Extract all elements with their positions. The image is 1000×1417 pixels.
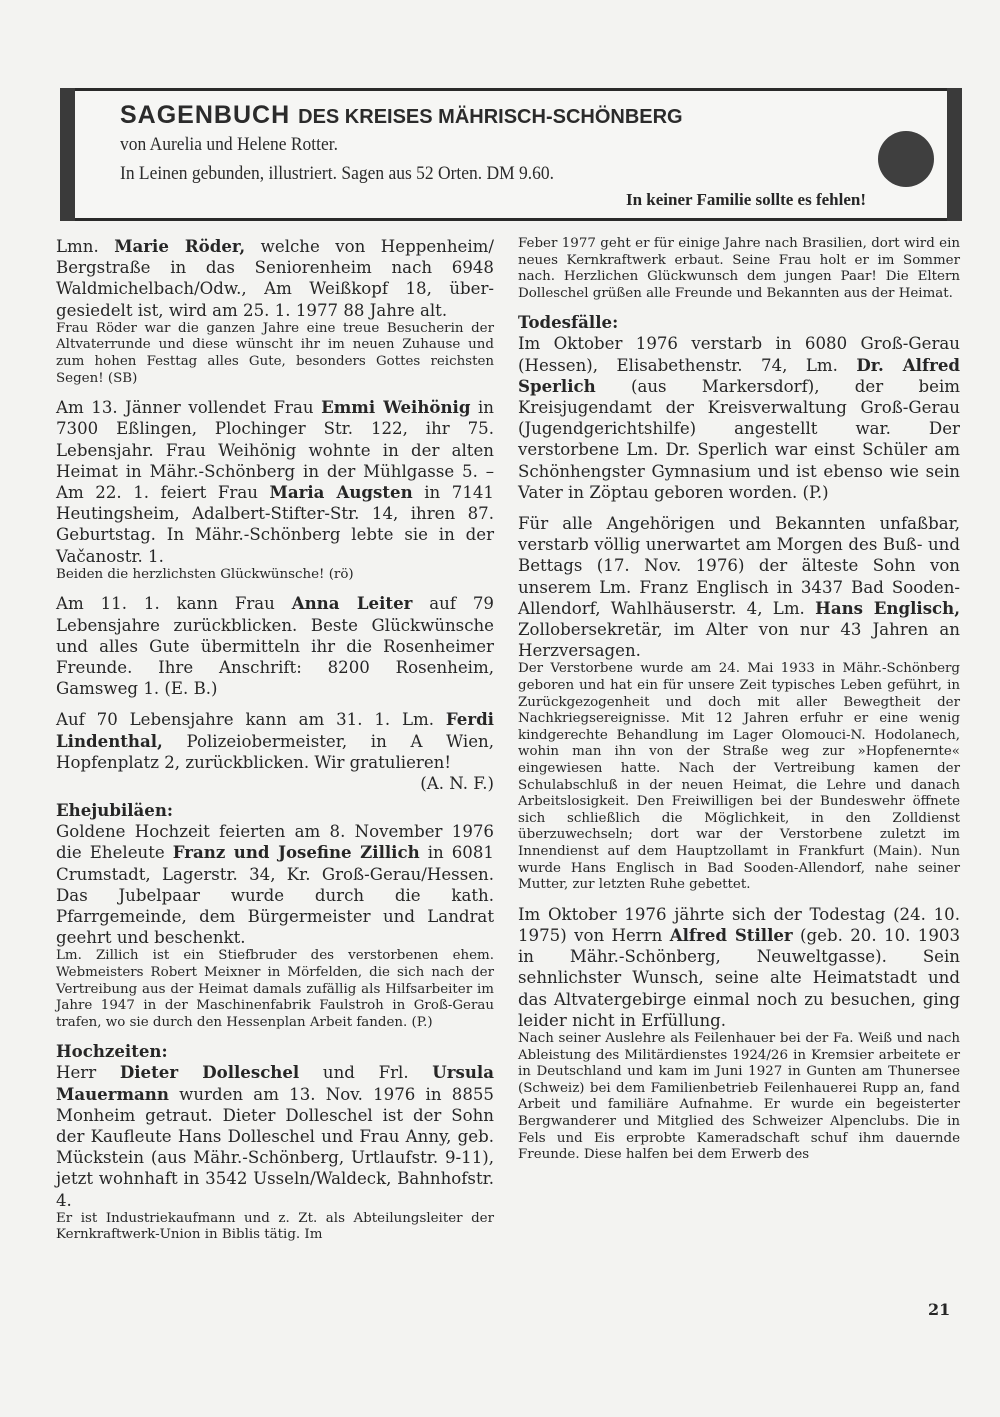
announcement-note: Lm. Zillich ist ein Stiefbruder des vers… bbox=[56, 948, 494, 1031]
right-border-bar bbox=[947, 88, 962, 221]
right-column: Feber 1977 geht er für einige Jahre nach… bbox=[518, 236, 960, 1164]
advertisement-info: In Leinen gebunden, illustriert. Sagen a… bbox=[120, 163, 554, 185]
announcement-note: Er ist Industriekaufmann und z. Zt. als … bbox=[56, 1211, 494, 1244]
obituary-englisch: Für alle Angehörigen und Bekannten unfaß… bbox=[518, 513, 960, 661]
announcement-note-continued: Feber 1977 geht er für einige Jahre nach… bbox=[518, 236, 960, 302]
announcement-zillich: Goldene Hochzeit feierten am 8. November… bbox=[56, 821, 494, 948]
announcement-lindenthal: Auf 70 Lebensjahre kann am 31. 1. Lm. Fe… bbox=[56, 709, 494, 773]
person-name: Anna Leiter bbox=[292, 593, 413, 613]
advertisement-tagline: In keiner Familie sollte es fehlen! bbox=[626, 190, 866, 210]
obituary-stiller: Im Oktober 1976 jährte sich der Todestag… bbox=[518, 904, 960, 1031]
advertisement-title: SAGENBUCHDES KREISES MÄHRISCH-SCHÖNBERG bbox=[120, 101, 683, 130]
text: Lmn. bbox=[56, 237, 114, 256]
page-number: 21 bbox=[928, 1300, 950, 1319]
text: Zollobersekretär, im Alter von nur 43 Ja… bbox=[518, 620, 960, 660]
announcement-dolleschel: Herr Dieter Dolleschel und Frl. Ursula M… bbox=[56, 1062, 494, 1210]
text: und Frl. bbox=[299, 1063, 432, 1082]
announcement-note: Frau Röder war die ganzen Jahre eine tre… bbox=[56, 321, 494, 387]
person-name: Franz und Josefine Zillich bbox=[173, 842, 420, 862]
person-name: Alfred Stiller bbox=[670, 925, 793, 945]
section-heading-hochzeiten: Hochzeiten: bbox=[56, 1041, 494, 1062]
advertisement-title-main: SAGENBUCH bbox=[120, 101, 290, 129]
obituary-note: Nach seiner Auslehre als Feilenhauer bei… bbox=[518, 1031, 960, 1164]
announcement-note: Beiden die herzlichsten Glückwünsche! (r… bbox=[56, 567, 494, 584]
person-name: Maria Augsten bbox=[269, 482, 412, 502]
obituary-note: Der Verstorbene wurde am 24. Mai 1933 in… bbox=[518, 661, 960, 893]
left-column: Lmn. Marie Röder, welche von Heppenheim/… bbox=[56, 236, 494, 1244]
decorative-circle-icon bbox=[878, 131, 934, 187]
author-signature: (A. N. F.) bbox=[56, 773, 494, 794]
section-heading-todesfaelle: Todesfälle: bbox=[518, 312, 960, 333]
advertisement-author: von Aurelia und Helene Rotter. bbox=[120, 134, 338, 156]
person-name: Marie Röder, bbox=[114, 236, 245, 256]
person-name: Dieter Dolleschel bbox=[120, 1062, 299, 1082]
text: Auf 70 Lebensjahre kann am 31. 1. Lm. bbox=[56, 710, 446, 729]
text: Am 11. 1. kann Frau bbox=[56, 594, 292, 613]
person-name: Emmi Weihönig bbox=[321, 397, 470, 417]
obituary-sperlich: Im Oktober 1976 verstarb in 6080 Groß-Ge… bbox=[518, 333, 960, 503]
text: Am 13. Jänner vollendet Frau bbox=[56, 398, 321, 417]
announcement-roeder: Lmn. Marie Röder, welche von Heppenheim/… bbox=[56, 236, 494, 321]
person-name: Hans Englisch, bbox=[815, 598, 960, 618]
left-border-bar bbox=[60, 88, 75, 221]
section-heading-ehejubilaeen: Ehejubiläen: bbox=[56, 800, 494, 821]
announcement-leiter: Am 11. 1. kann Frau Anna Leiter auf 79 L… bbox=[56, 593, 494, 699]
text: Herr bbox=[56, 1063, 120, 1082]
book-advertisement-box: SAGENBUCHDES KREISES MÄHRISCH-SCHÖNBERG … bbox=[60, 88, 962, 221]
advertisement-title-subtitle: DES KREISES MÄHRISCH-SCHÖNBERG bbox=[298, 106, 682, 128]
announcement-weihoenig-augsten: Am 13. Jänner vollendet Frau Emmi Weihön… bbox=[56, 397, 494, 567]
